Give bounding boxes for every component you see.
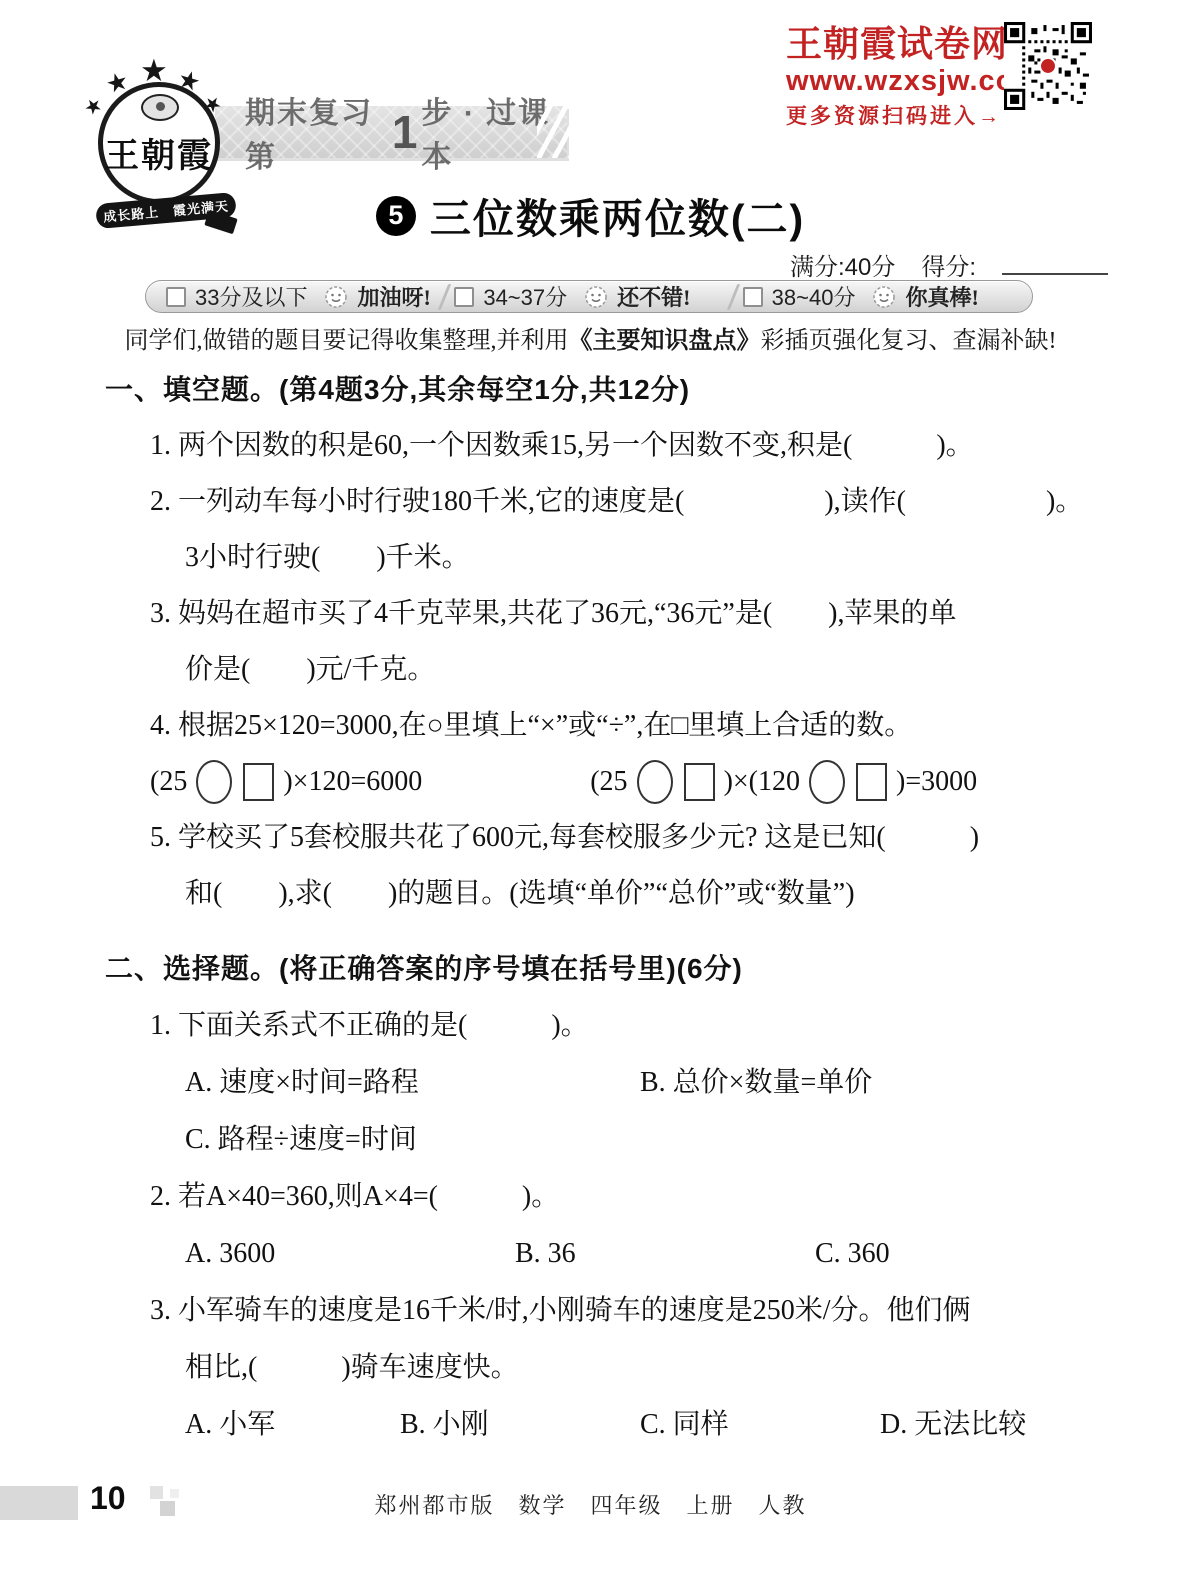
score-range-checkbox[interactable]	[166, 287, 186, 307]
publisher-logo: ★ ★ ★ ★ ★ 王朝霞 成长路上 霞光满天	[88, 52, 246, 222]
score-range-comment: 你真棒!	[905, 281, 978, 312]
smiley-icon	[584, 285, 608, 309]
option-row: A. 速度×时间=路程 B. 总价×数量=单价	[185, 1054, 1095, 1111]
question-line: 1. 下面关系式不正确的是( )。	[150, 997, 1095, 1054]
question-line: 1. 两个因数的积是60,一个因数乘15,另一个因数不变,积是( )。	[150, 418, 1095, 474]
bar-divider	[438, 284, 452, 310]
question-line: 2. 若A×40=360,则A×4=( )。	[150, 1168, 1095, 1225]
star-icon: ★	[80, 93, 106, 119]
score-range-label: 38~40分	[772, 281, 856, 312]
logo-name: 王朝霞	[88, 128, 230, 177]
equation-text: (25	[590, 754, 627, 810]
score-range-checkbox[interactable]	[454, 287, 474, 307]
equation-text: )=3000	[896, 754, 977, 810]
score-range-label: 34~37分	[483, 281, 567, 312]
operator-circle-blank	[196, 760, 232, 804]
got-score-label: 得分:	[921, 247, 976, 282]
score-range-segment: 38~40分 你真棒!	[743, 281, 1012, 312]
score-line: 满分:40分 得分:	[790, 247, 1108, 282]
section2-title: 二、选择题。(将正确答案的序号填在括号里)(6分)	[105, 940, 1095, 997]
notice-post: 彩插页强化复习、查漏补缺!	[761, 328, 1057, 354]
option-b: B. 总价×数量=单价	[640, 1054, 872, 1111]
option-row: A. 3600 B. 36 C. 360	[185, 1225, 1095, 1282]
question-line: 5. 学校买了5套校服共花了600元,每套校服多少元? 这是已知( )	[150, 810, 1095, 866]
option-c: C. 360	[815, 1225, 890, 1282]
option-row: A. 小军 B. 小刚 C. 同样 D. 无法比较	[185, 1396, 1095, 1453]
question-line: 3小时行驶( )千米。	[185, 530, 1095, 586]
footer-edition-text: 郑州都市版 数学 四年级 上册 人教	[0, 1489, 1181, 1520]
portrait-icon	[141, 94, 179, 121]
option-c: C. 同样	[640, 1396, 880, 1453]
score-range-label: 33分及以下	[195, 281, 307, 312]
option-b: B. 36	[515, 1225, 815, 1282]
smiley-icon	[872, 285, 896, 309]
question-line: 相比,( )骑车速度快。	[185, 1339, 1095, 1396]
question-line: 4. 根据25×120=3000,在○里填上“×”或“÷”,在□里填上合适的数。	[150, 698, 1095, 754]
question-line: 和( ),求( )的题目。(选填“单价”“总价”或“数量”)	[185, 866, 1095, 922]
step-banner-text: 期末复习第 1 步 · 过课本	[245, 88, 567, 176]
operator-circle-blank	[637, 760, 673, 804]
banner-step-number: 1	[392, 109, 420, 155]
number-square-blank	[856, 763, 887, 801]
equation-text: )×(120	[724, 754, 800, 810]
score-blank-line	[1002, 255, 1108, 275]
page-title: 三位数乘两位数(二)	[430, 186, 805, 245]
brand-block: 王朝霞试卷网 www.wzxsjw.com 更多资源扫码进入→	[786, 24, 1001, 130]
brand-tagline: 更多资源扫码进入→	[786, 100, 1001, 130]
score-range-bar: 33分及以下 加油呀! 34~37分 还不错! 38~40分 你真棒!	[145, 280, 1033, 313]
step-banner: 期末复习第 1 步 · 过课本	[215, 106, 567, 158]
qr-code-icon	[1004, 22, 1092, 110]
question-line: 3. 妈妈在超市买了4千克苹果,共花了36元,“36元”是( ),苹果的单	[150, 586, 1095, 642]
option-b: B. 小刚	[400, 1396, 640, 1453]
score-range-comment: 还不错!	[617, 281, 690, 312]
fill-shape-equations: (25 )×120=6000 (25 )×(120 )=3000	[150, 754, 1095, 810]
worksheet-body: 一、填空题。(第4题3分,其余每空1分,共12分) 1. 两个因数的积是60,一…	[105, 362, 1095, 1453]
question-line: 价是( )元/千克。	[185, 642, 1095, 698]
number-square-blank	[243, 763, 274, 801]
smiley-icon	[324, 285, 348, 309]
score-range-segment: 33分及以下 加油呀!	[166, 281, 435, 312]
operator-circle-blank	[809, 760, 845, 804]
option-c: C. 路程÷速度=时间	[185, 1111, 1095, 1168]
question-line: 2. 一列动车每小时行驶180千米,它的速度是( ),读作( )。	[150, 474, 1095, 530]
section1-title: 一、填空题。(第4题3分,其余每空1分,共12分)	[105, 362, 1095, 418]
banner-pre: 期末复习第	[245, 88, 390, 176]
option-d: D. 无法比较	[880, 1396, 1026, 1453]
banner-slash-decoration	[537, 106, 581, 158]
option-a: A. 速度×时间=路程	[185, 1054, 640, 1111]
equation-text: )×120=6000	[283, 754, 422, 810]
question-line: 3. 小军骑车的速度是16千米/时,小刚骑车的速度是250米/分。他们俩	[150, 1282, 1095, 1339]
option-a: A. 3600	[185, 1225, 515, 1282]
option-a: A. 小军	[185, 1396, 400, 1453]
lesson-number-badge: 5	[376, 196, 416, 236]
bar-divider	[726, 284, 740, 310]
score-range-segment: 34~37分 还不错!	[454, 281, 723, 312]
notice-pre: 同学们,做错的题目要记得收集整理,并利用	[125, 328, 569, 354]
equation-text: (25	[150, 754, 187, 810]
score-range-checkbox[interactable]	[743, 287, 763, 307]
brand-title: 王朝霞试卷网	[786, 24, 1001, 64]
full-score-label: 满分:40分	[790, 247, 895, 282]
score-range-comment: 加油呀!	[357, 281, 430, 312]
brand-url: www.wzxsjw.com	[786, 64, 1001, 99]
notice-book-title: 《主要知识盘点》	[569, 328, 761, 354]
review-notice: 同学们,做错的题目要记得收集整理,并利用《主要知识盘点》彩插页强化复习、查漏补缺…	[0, 320, 1181, 355]
number-square-blank	[684, 763, 715, 801]
